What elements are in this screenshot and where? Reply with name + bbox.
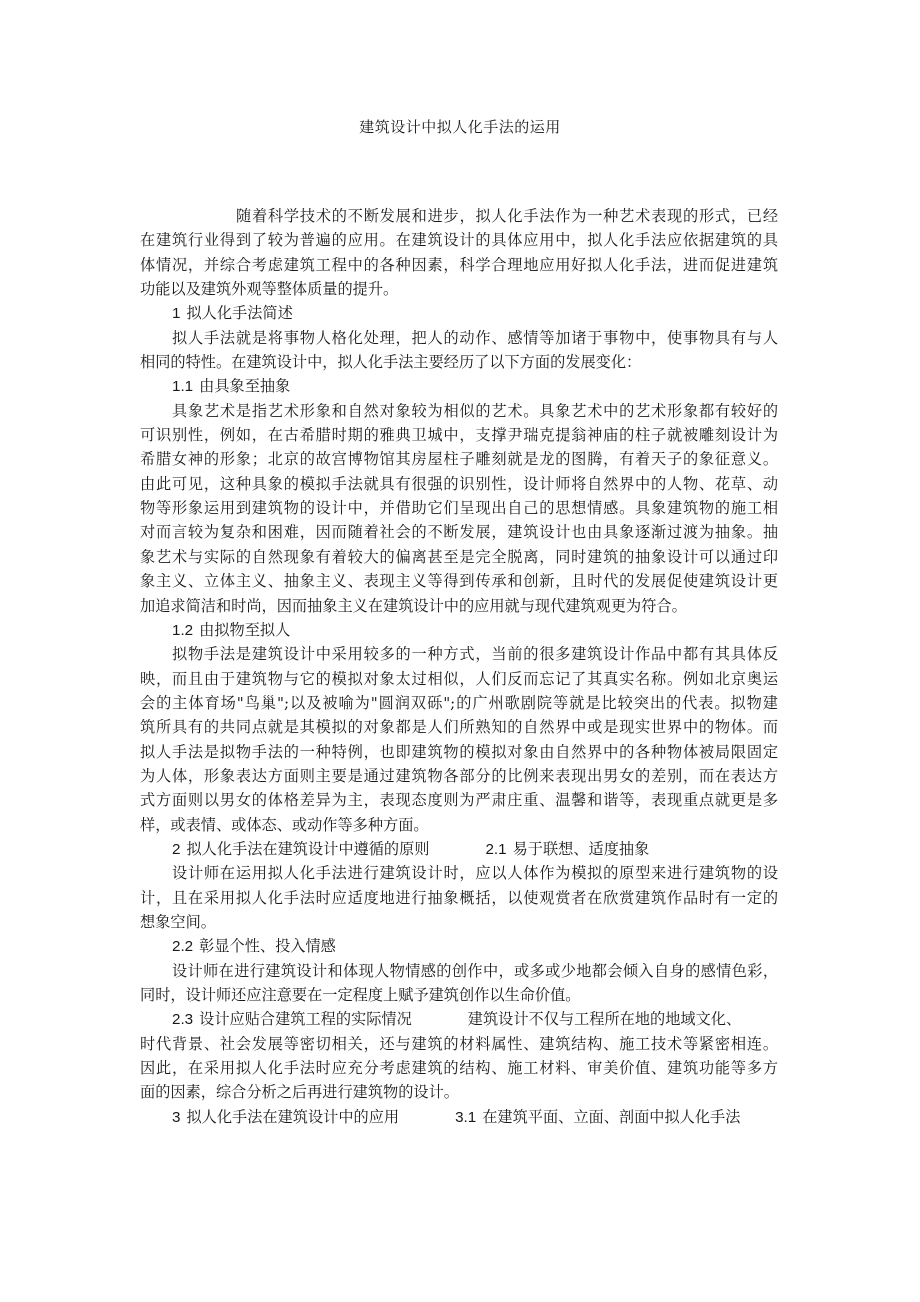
section-heading: 2拟人化手法在建筑设计中遵循的原则2.1易于联想、适度抽象 [140,837,778,861]
paragraph-line: 样，或表情、或体态、或动作等多种方面。 [140,813,778,837]
paragraph-line: 设计师在运用拟人化手法进行建筑设计时，应以人体作为模拟的原型来进行建筑物的设 [140,861,778,885]
document-title: 建筑设计中拟人化手法的运用 [0,116,920,137]
paragraph-line: 会的主体育场"鸟巢";以及被喻为"圆润双砾";的广州歌剧院等就是比较突出的代表。… [140,691,778,715]
section-number: 3 [172,1109,180,1126]
subsection-number: 2.1 [485,841,506,858]
paragraph-line: 拟人手法是拟物手法的一种特例，也即建筑物的模拟对象由自然界中的各种物体被局限固定 [140,740,778,764]
section-title: 由拟物至拟人 [199,621,290,639]
section-number: 2.3 [172,1011,193,1028]
paragraph-line: 加追求简洁和时尚，因而抽象主义在建筑设计中的应用就与现代建筑观更为符合。 [140,594,778,618]
section-heading: 3拟人化手法在建筑设计中的应用3.1在建筑平面、立面、剖面中拟人化手法 [140,1105,778,1129]
paragraph-line: 对而言较为复杂和困难，因而随着社会的不断发展，建筑设计也由具象逐渐过渡为抽象。抽 [140,520,778,544]
paragraph-line: 设计师在进行建筑设计和体现人物情感的创作中，或多或少地都会倾入自身的感情色彩， [140,959,778,983]
section-title: 由具象至抽象 [199,377,290,395]
paragraph-line: 象主义、立体主义、抽象主义、表现主义等得到传承和创新，且时代的发展促使建筑设计更 [140,569,778,593]
subsection-title: 在建筑平面、立面、剖面中拟人化手法 [482,1108,740,1126]
paragraph-line: 物等形象运用到建筑物的设计中，并借助它们呈现出自己的思想情感。具象建筑物的施工相 [140,496,778,520]
section-heading: 2.2彰显个性、投入情感 [140,934,778,958]
section-number: 1.1 [172,378,193,395]
document-page: 建筑设计中拟人化手法的运用 随着科学技术的不断发展和进步，拟人化手法作为一种艺术… [0,0,920,1302]
paragraph-line: 在建筑行业得到了较为普遍的应用。在建筑设计的具体应用中，拟人化手法应依据建筑的具 [140,228,778,252]
section-heading: 1拟人化手法简述 [140,301,778,325]
paragraph-line: 面的因素，综合分析之后再进行建筑物的设计。 [140,1080,778,1104]
paragraph-line: 筑所具有的共同点就是其模拟的对象都是人们所熟知的自然界中或是现实世界中的物体。而 [140,715,778,739]
paragraph-line: 随着科学技术的不断发展和进步，拟人化手法作为一种艺术表现的形式，已经 [140,204,778,228]
paragraph-line: 功能以及建筑外观等整体质量的提升。 [140,277,778,301]
section-number: 1.2 [172,622,193,639]
paragraph-line: 拟物手法是建筑设计中采用较多的一种方式，当前的很多建筑设计作品中都有其具体反 [140,642,778,666]
paragraph-line: 因此，在采用拟人化手法时应充分考虑建筑的结构、施工材料、审美价值、建筑功能等多方 [140,1056,778,1080]
paragraph-line: 可识别性，例如，在古希腊时期的雅典卫城中，支撑尹瑞克提翁神庙的柱子就被雕刻设计为 [140,423,778,447]
section-title: 拟人化手法简述 [186,304,292,322]
section-number: 1 [172,305,180,322]
paragraph-line: 想象空间。 [140,910,778,934]
paragraph-line: 映，而且由于建筑物与它的模拟对象太过相似，人们反而忘记了其真实名称。例如北京奥运 [140,667,778,691]
section-number: 2.2 [172,938,193,955]
paragraph-line: 希腊女神的形象；北京的故宫博物馆其房屋柱子雕刻就是龙的图腾，有着天子的象征意义。 [140,447,778,471]
section-title: 设计应贴合建筑工程的实际情况 [199,1010,412,1028]
section-heading: 1.2由拟物至拟人 [140,618,778,642]
section-title: 拟人化手法在建筑设计中的应用 [186,1108,399,1126]
section-heading: 1.1由具象至抽象 [140,374,778,398]
section-number: 2 [172,841,180,858]
paragraph-line: 式方面则以男女的体格差异为主，表现态度则为严肃庄重、温馨和谐等，表现重点就更是多 [140,788,778,812]
paragraph-line: 计，且在采用拟人化手法时应适度地进行抽象概括，以使观赏者在欣赏建筑作品时有一定的 [140,886,778,910]
paragraph-line: 为人体，形象表达方面则主要是通过建筑物各部分的比例来表现出男女的差别，而在表达方 [140,764,778,788]
section-title: 彰显个性、投入情感 [199,937,336,955]
subsection-title: 易于联想、适度抽象 [513,840,650,858]
paragraph-line: 由此可见，这种具象的模拟手法就具有很强的识别性，设计师将自然界中的人物、花草、动 [140,472,778,496]
section-heading: 2.3设计应贴合建筑工程的实际情况建筑设计不仅与工程所在地的地域文化、 [140,1007,778,1031]
subsection-number: 3.1 [455,1109,476,1126]
paragraph-text: 建筑设计不仅与工程所在地的地域文化、 [468,1010,741,1028]
document-body: 随着科学技术的不断发展和进步，拟人化手法作为一种艺术表现的形式，已经在建筑行业得… [140,204,778,1129]
paragraph-line: 时代背景、社会发展等密切相关，还与建筑的材料属性、建筑结构、施工技术等紧密相连。 [140,1032,778,1056]
paragraph-line: 同时，设计师还应注意要在一定程度上赋予建筑创作以生命价值。 [140,983,778,1007]
paragraph-line: 体情况，并综合考虑建筑工程中的各种因素，科学合理地应用好拟人化手法，进而促进建筑 [140,253,778,277]
paragraph-line: 拟人手法就是将事物人格化处理，把人的动作、感情等加诸于事物中，使事物具有与人 [140,326,778,350]
paragraph-line: 相同的特性。在建筑设计中，拟人化手法主要经历了以下方面的发展变化： [140,350,778,374]
section-title: 拟人化手法在建筑设计中遵循的原则 [186,840,429,858]
paragraph-line: 象艺术与实际的自然现象有着较大的偏离甚至是完全脱离，同时建筑的抽象设计可以通过印 [140,545,778,569]
paragraph-line: 具象艺术是指艺术形象和自然对象较为相似的艺术。具象艺术中的艺术形象都有较好的 [140,399,778,423]
